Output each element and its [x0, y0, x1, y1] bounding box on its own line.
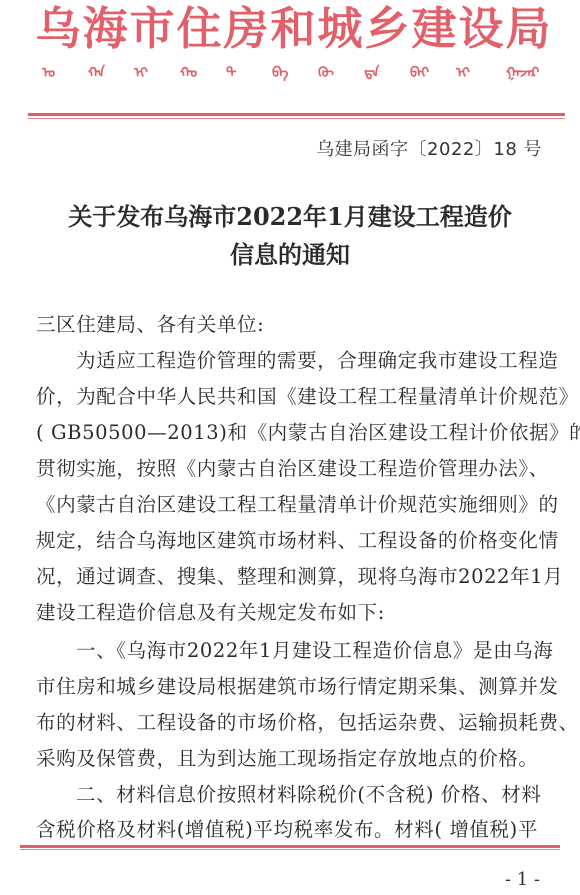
- letterhead-red-rule-thick: [28, 113, 565, 116]
- document-title-line-1: 关于发布乌海市2022年1月建设工程造价: [0, 198, 580, 236]
- mongolian-glyph: ᠢ: [456, 66, 470, 80]
- body-text-line: 采购及保管费，且为到达施工现场指定存放地点的价格。: [36, 741, 546, 777]
- issuing-authority-title: 乌海市住房和城乡建设局: [28, 4, 560, 54]
- body-text-line: 价，为配合中华人民共和国《建设工程工程量清单计价规范》: [36, 379, 546, 415]
- body-text-line: 一、《乌海市2022年1月建设工程造价信息》是由乌海: [76, 633, 546, 669]
- page-number: - 1 -: [505, 868, 540, 892]
- mongolian-glyph: ᠬᠣ: [180, 66, 197, 80]
- body-text-line: 贯彻实施，按照《内蒙古自治区建设工程造价管理办法》、: [36, 451, 546, 487]
- body-text-line: 二、材料信息价按照材料除税价(不含税) 价格、材料: [76, 777, 546, 813]
- body-text-line: 布的材料、工程设备的市场价格，包括运杂费、运输损耗费、: [36, 705, 546, 741]
- body-text-line: 市住房和城乡建设局根据建筑市场行情定期采集、测算并发: [36, 669, 546, 705]
- body-text-line: 为适应工程造价管理的需要，合理确定我市建设工程造: [76, 343, 546, 379]
- footer-red-rule-thick: [20, 845, 560, 848]
- mongolian-glyph: ᠳᠡ: [364, 66, 379, 80]
- mongolian-script-row: ᠤ ᠬᠠ ᠢ ᠬᠣ ᠲ ᠪᠠ ᠬᠥ ᠳᠡ ᠪᠠᠶ ᠢ ᠭᠠᠵᠠᠷ: [30, 66, 550, 106]
- mongolian-glyph: ᠢ: [134, 66, 148, 80]
- mongolian-glyph: ᠭᠠᠵᠠᠷ: [506, 66, 539, 80]
- document-title-line-2: 信息的通知: [0, 236, 580, 274]
- body-text-line: 《内蒙古自治区建设工程工程量清单计价规范实施细则》的: [36, 487, 546, 523]
- body-text-line: 规定，结合乌海地区建筑市场材料、工程设备的价格变化情: [36, 523, 546, 559]
- mongolian-glyph: ᠲ: [226, 66, 236, 80]
- letterhead-red-rule-thin: [28, 118, 565, 119]
- body-text-line: ( GB50500—2013)和《内蒙古自治区建设工程计价依据》的: [36, 415, 546, 451]
- mongolian-glyph: ᠬᠠ: [88, 66, 105, 80]
- mongolian-glyph: ᠪᠠᠶ: [410, 66, 429, 80]
- mongolian-glyph: ᠤ: [42, 66, 55, 80]
- body-text-line: 况，通过调查、搜集、整理和测算，现将乌海市2022年1月: [36, 559, 546, 595]
- body-text-line: 建设工程造价信息及有关规定发布如下:: [36, 595, 546, 631]
- footer-red-rule-thin: [20, 849, 560, 850]
- body-text-line: 含税价格及材料(增值税)平均税率发布。材料( 增值税)平: [36, 812, 546, 848]
- addressee: 三区住建局、各有关单位:: [36, 307, 546, 343]
- mongolian-glyph: ᠪᠠ: [272, 66, 288, 80]
- mongolian-glyph: ᠬᠥ: [318, 66, 334, 80]
- document-reference-number: 乌建局函字〔2022〕18 号: [316, 138, 542, 162]
